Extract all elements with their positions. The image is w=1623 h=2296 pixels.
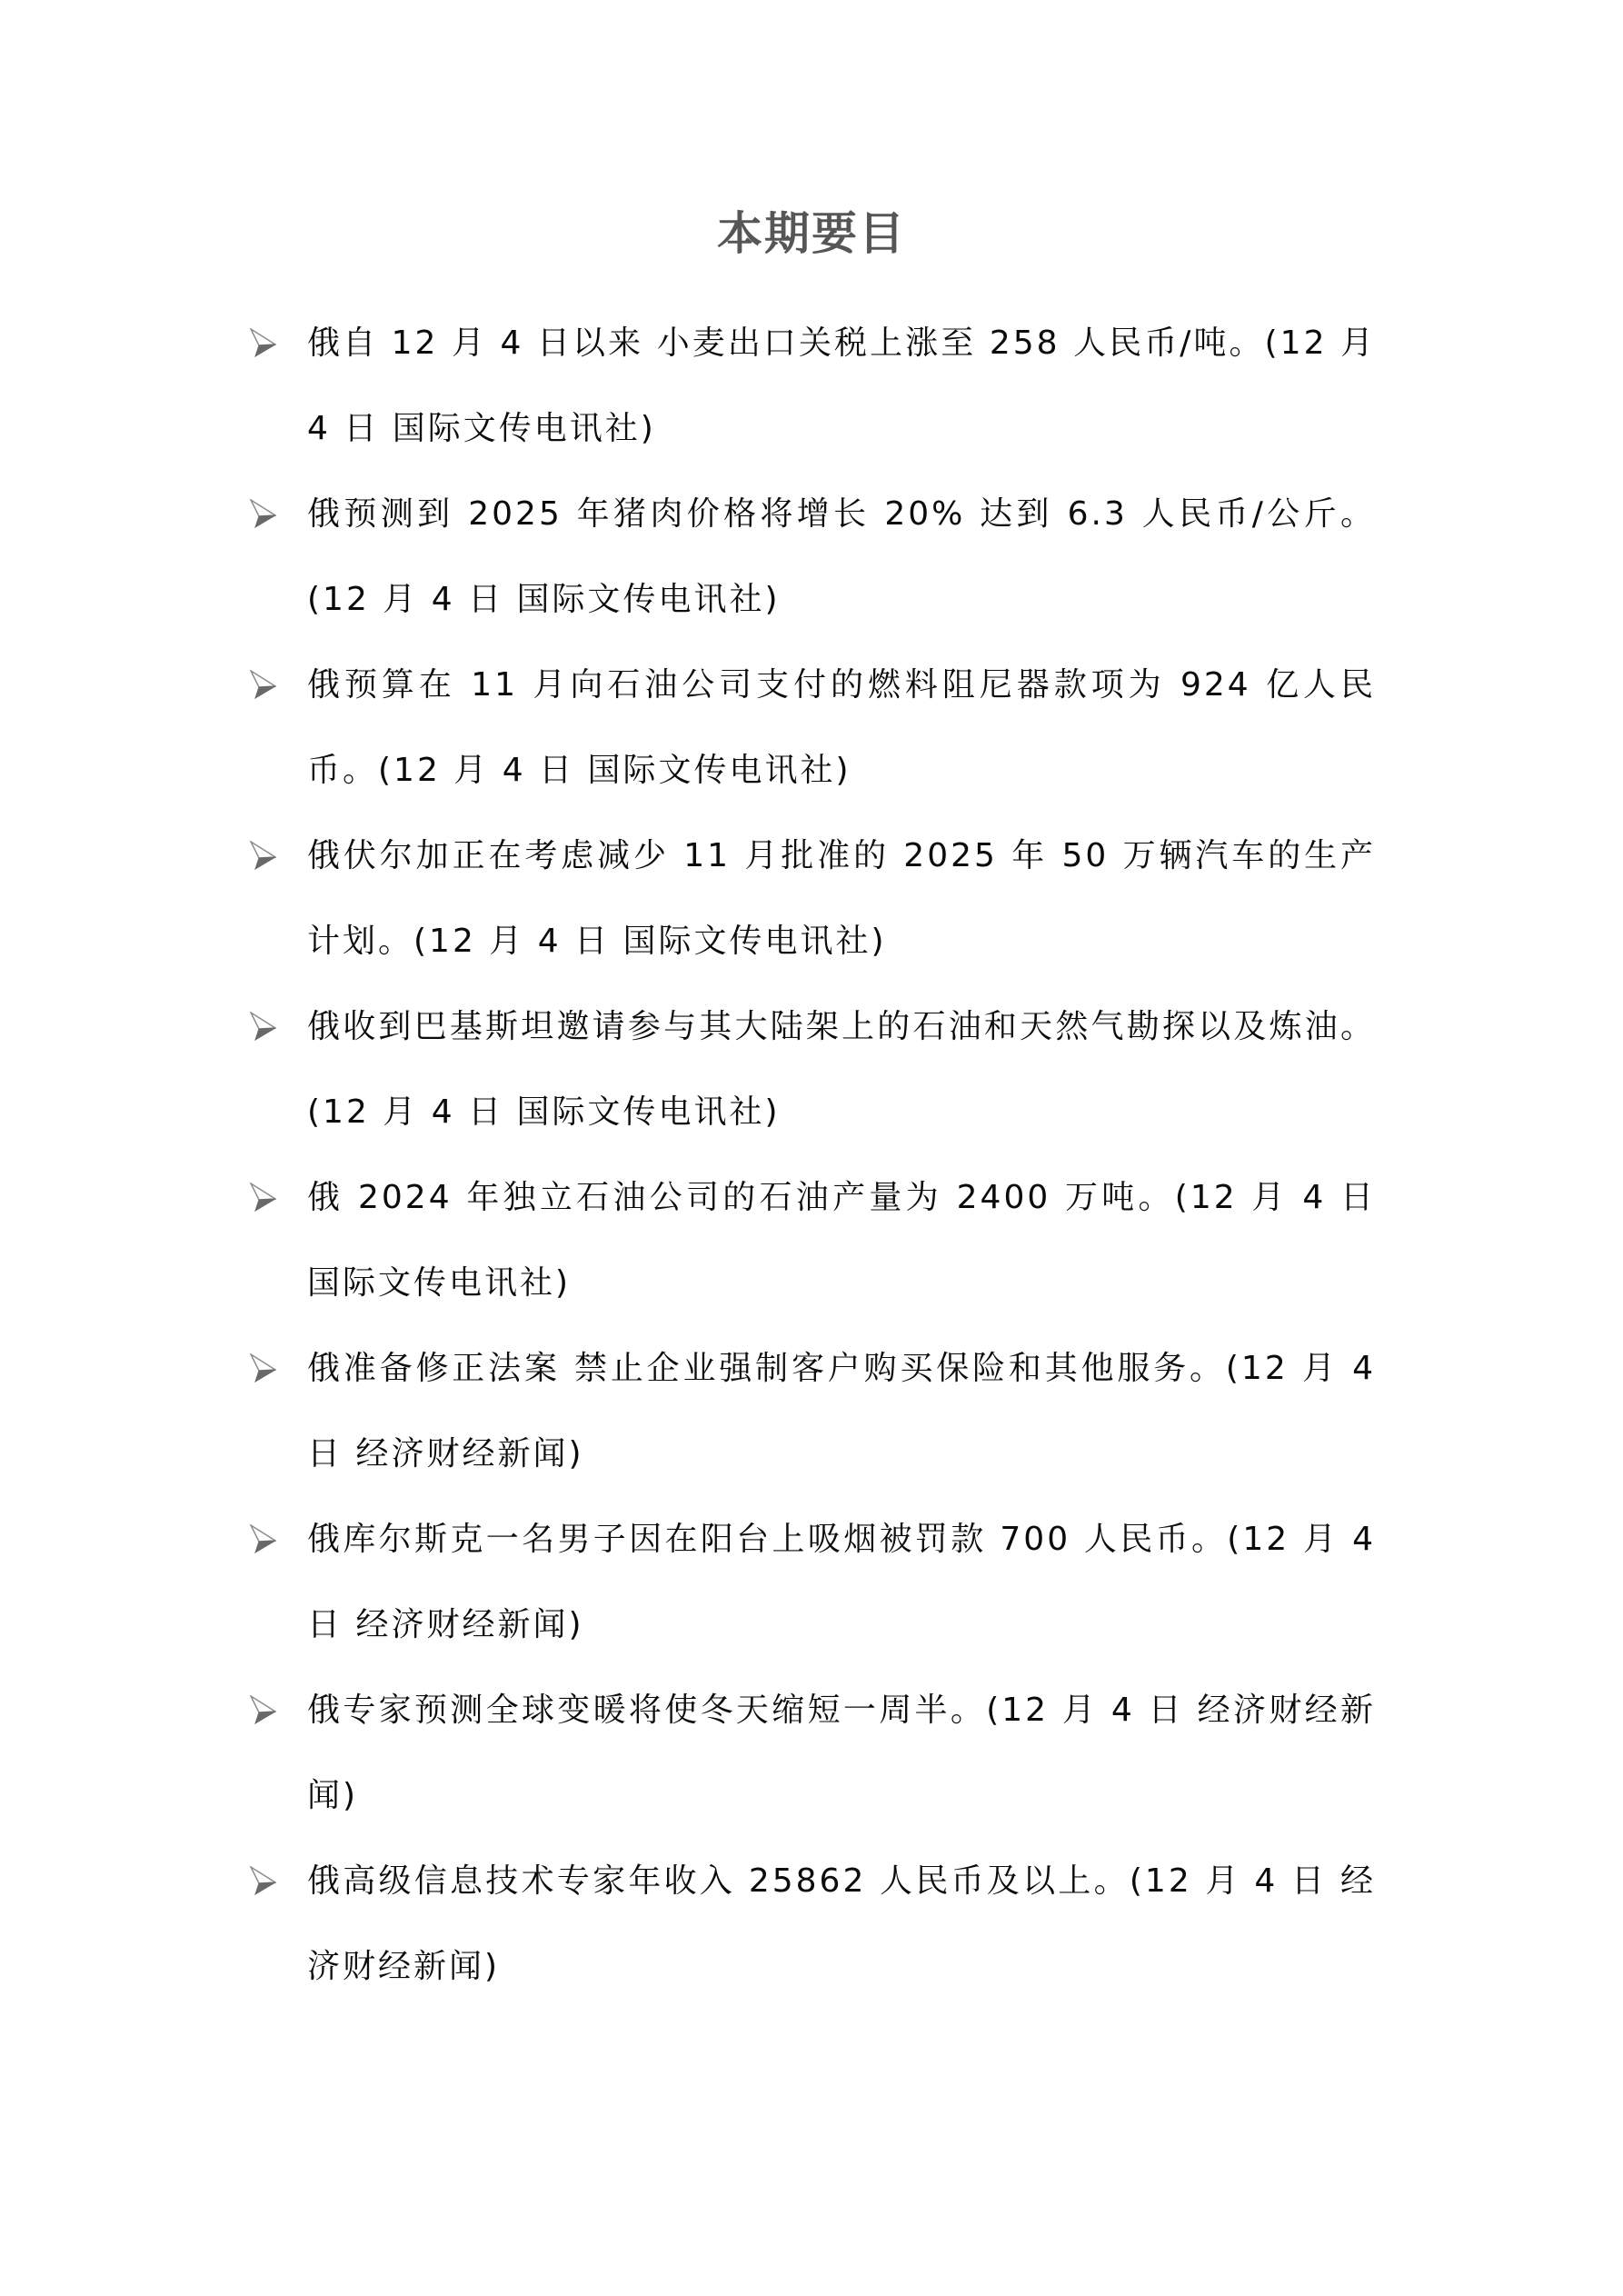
page-title: 本期要目 — [0, 207, 1623, 260]
arrowhead-bullet-icon — [249, 1866, 276, 1895]
list-item-text: 俄准备修正法案 禁止企业强制客户购买保险和其他服务。(12 月 4 日 经济财经… — [307, 1350, 1376, 1472]
list-item: 俄库尔斯克一名男子因在阳台上吸烟被罚款 700 人民币。(12 月 4 日 经济… — [307, 1497, 1376, 1668]
list-item-text: 俄高级信息技术专家年收入 25862 人民币及以上。(12 月 4 日 经济财经… — [307, 1862, 1376, 1985]
list-item: 俄准备修正法案 禁止企业强制客户购买保险和其他服务。(12 月 4 日 经济财经… — [307, 1326, 1376, 1497]
arrowhead-bullet-icon — [249, 1183, 276, 1212]
list-item-text: 俄伏尔加正在考虑减少 11 月批准的 2025 年 50 万辆汽车的生产计划。(… — [307, 837, 1376, 960]
list-item-text: 俄专家预测全球变暖将使冬天缩短一周半。(12 月 4 日 经济财经新闻) — [307, 1692, 1376, 1814]
arrowhead-bullet-icon — [249, 1695, 276, 1724]
arrowhead-bullet-icon — [249, 499, 276, 528]
arrowhead-bullet-icon — [249, 1353, 276, 1383]
list-item-text: 俄 2024 年独立石油公司的石油产量为 2400 万吨。(12 月 4 日 国… — [307, 1179, 1376, 1302]
list-item: 俄收到巴基斯坦邀请参与其大陆架上的石油和天然气勘探以及炼油。(12 月 4 日 … — [307, 984, 1376, 1155]
list-item: 俄伏尔加正在考虑减少 11 月批准的 2025 年 50 万辆汽车的生产计划。(… — [307, 814, 1376, 984]
list-item: 俄预算在 11 月向石油公司支付的燃料阻尼器款项为 924 亿人民币。(12 月… — [307, 643, 1376, 814]
list-item: 俄高级信息技术专家年收入 25862 人民币及以上。(12 月 4 日 经济财经… — [307, 1839, 1376, 2010]
arrowhead-bullet-icon — [249, 670, 276, 699]
list-item-text: 俄收到巴基斯坦邀请参与其大陆架上的石油和天然气勘探以及炼油。(12 月 4 日 … — [307, 1008, 1376, 1131]
arrowhead-bullet-icon — [249, 1012, 276, 1041]
document-page: 本期要目 俄自 12 月 4 日以来 小麦出口关税上涨至 258 人民币/吨。(… — [0, 0, 1623, 2296]
list-item: 俄自 12 月 4 日以来 小麦出口关税上涨至 258 人民币/吨。(12 月 … — [307, 301, 1376, 472]
list-item: 俄预测到 2025 年猪肉价格将增长 20% 达到 6.3 人民币/公斤。(12… — [307, 472, 1376, 643]
list-item-text: 俄库尔斯克一名男子因在阳台上吸烟被罚款 700 人民币。(12 月 4 日 经济… — [307, 1521, 1376, 1643]
list-item-text: 俄预测到 2025 年猪肉价格将增长 20% 达到 6.3 人民币/公斤。(12… — [307, 495, 1376, 618]
arrowhead-bullet-icon — [249, 328, 276, 357]
list-item: 俄专家预测全球变暖将使冬天缩短一周半。(12 月 4 日 经济财经新闻) — [307, 1668, 1376, 1839]
toc-list: 俄自 12 月 4 日以来 小麦出口关税上涨至 258 人民币/吨。(12 月 … — [307, 301, 1376, 2010]
arrowhead-bullet-icon — [249, 841, 276, 870]
arrowhead-bullet-icon — [249, 1524, 276, 1553]
list-item: 俄 2024 年独立石油公司的石油产量为 2400 万吨。(12 月 4 日 国… — [307, 1155, 1376, 1326]
list-item-text: 俄预算在 11 月向石油公司支付的燃料阻尼器款项为 924 亿人民币。(12 月… — [307, 666, 1376, 789]
list-item-text: 俄自 12 月 4 日以来 小麦出口关税上涨至 258 人民币/吨。(12 月 … — [307, 324, 1376, 447]
